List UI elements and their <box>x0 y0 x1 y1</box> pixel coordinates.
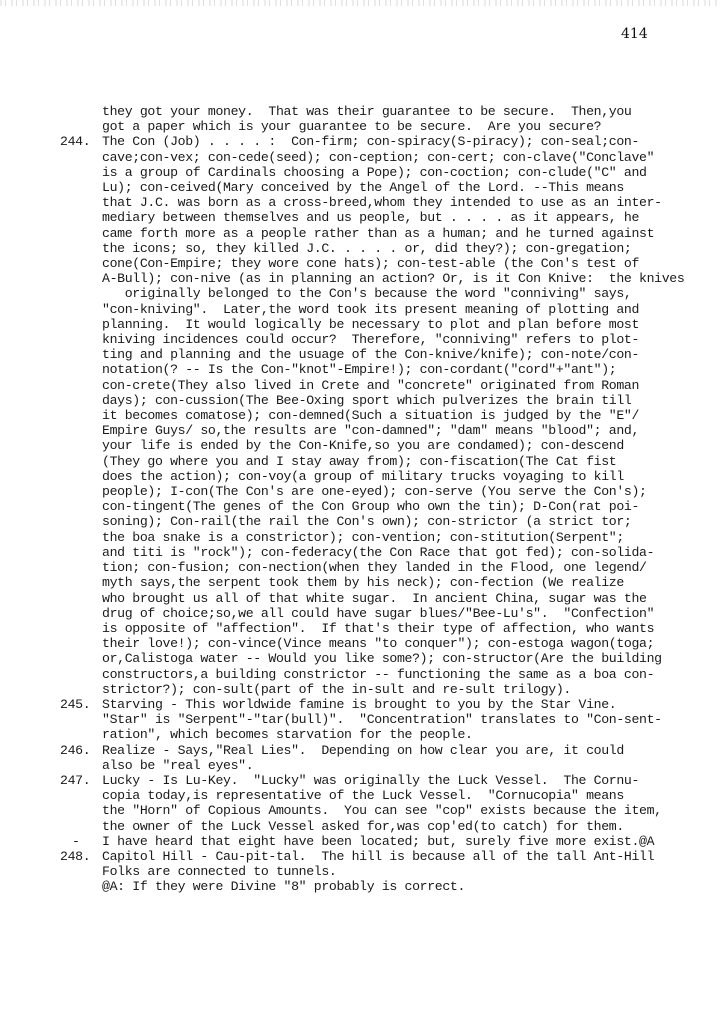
text-line: Lu); con-ceived(Mary conceived by the An… <box>102 180 710 195</box>
entry-number: 244. <box>60 134 102 697</box>
entry-text: Realize - Says,"Real Lies". Depending on… <box>102 743 710 773</box>
page-number: 414 <box>621 26 648 42</box>
text-line: tion; con-fusion; con-nection(when they … <box>102 560 710 575</box>
entry-list: 244.The Con (Job) . . . . : Con-firm; co… <box>60 134 710 894</box>
list-item: -I have heard that eight have been locat… <box>60 834 710 849</box>
text-line: kniving incidences could occur? Therefor… <box>102 332 710 347</box>
text-line: mediary between themselves and us people… <box>102 210 710 225</box>
list-item: 245.Starving - This worldwide famine is … <box>60 697 710 743</box>
text-line: their love!); con-vince(Vince means "to … <box>102 636 710 651</box>
text-line: I have heard that eight have been locate… <box>102 834 710 849</box>
text-line: Starving - This worldwide famine is brou… <box>102 697 710 712</box>
text-line: ting and planning and the usuage of the … <box>102 347 710 362</box>
text-line: people); I-con(The Con's are one-eyed); … <box>102 484 710 499</box>
text-line: cave;con-vex; con-cede(seed); con-ceptio… <box>102 150 710 165</box>
text-line: or,Calistoga water -- Would you like som… <box>102 651 710 666</box>
text-line: strictor?); con-sult(part of the in-sult… <box>102 682 710 697</box>
text-line: the owner of the Luck Vessel asked for,w… <box>102 819 710 834</box>
entry-number: 247. <box>60 773 102 834</box>
entry-text: The Con (Job) . . . . : Con-firm; con-sp… <box>102 134 710 697</box>
list-item: 248.Capitol Hill - Cau-pit-tal. The hill… <box>60 849 710 895</box>
text-line: soning); Con-rail(the rail the Con's own… <box>102 514 710 529</box>
text-line: and titi is "rock"); con-federacy(the Co… <box>102 545 710 560</box>
entry-number: 248. <box>60 849 102 895</box>
list-item: 244.The Con (Job) . . . . : Con-firm; co… <box>60 134 710 697</box>
text-line: myth says,the serpent took them by his n… <box>102 575 710 590</box>
document-body: they got your money. That was their guar… <box>60 104 710 895</box>
text-line: notation(? -- Is the Con-"knot"-Empire!)… <box>102 362 710 377</box>
text-line: the icons; so, they killed J.C. . . . . … <box>102 241 710 256</box>
entry-number: 246. <box>60 743 102 773</box>
text-line: that J.C. was born as a cross-breed,whom… <box>102 195 710 210</box>
text-line: does the action); con-voy(a group of mil… <box>102 469 710 484</box>
text-line: Realize - Says,"Real Lies". Depending on… <box>102 743 710 758</box>
intro-paragraph: they got your money. That was their guar… <box>60 104 710 134</box>
scan-edge-noise <box>0 0 720 6</box>
text-line: Capitol Hill - Cau-pit-tal. The hill is … <box>102 849 710 864</box>
text-line: con-tingent(The genes of the Con Group w… <box>102 499 710 514</box>
entry-text: Capitol Hill - Cau-pit-tal. The hill is … <box>102 849 710 895</box>
text-line: also be "real eyes". <box>102 758 710 773</box>
text-line: it becomes comatose); con-demned(Such a … <box>102 408 710 423</box>
text-line: copia today,is representative of the Luc… <box>102 788 710 803</box>
text-line: A-Bull); con-nive (as in planning an act… <box>102 271 710 286</box>
text-line: constructors,a building constrictor -- f… <box>102 667 710 682</box>
text-line: Lucky - Is Lu-Key. "Lucky" was originall… <box>102 773 710 788</box>
text-line: who brought us all of that white sugar. … <box>102 591 710 606</box>
text-line: "Star" is "Serpent"-"tar(bull)". "Concen… <box>102 712 710 727</box>
text-line: @A: If they were Divine "8" probably is … <box>102 879 710 894</box>
text-line: originally belonged to the Con's because… <box>102 286 710 301</box>
list-item: 247.Lucky - Is Lu-Key. "Lucky" was origi… <box>60 773 710 834</box>
text-line: the boa snake is a constrictor); con-ven… <box>102 530 710 545</box>
text-line: planning. It would logically be necessar… <box>102 317 710 332</box>
text-line: got a paper which is your guarantee to b… <box>102 119 710 134</box>
text-line: is opposite of "affection". If that's th… <box>102 621 710 636</box>
text-line: days); con-cussion(The Bee-Oxing sport w… <box>102 393 710 408</box>
text-line: your life is ended by the Con-Knife,so y… <box>102 438 710 453</box>
text-line: The Con (Job) . . . . : Con-firm; con-sp… <box>102 134 710 149</box>
text-line: ration", which becomes starvation for th… <box>102 727 710 742</box>
entry-text: Starving - This worldwide famine is brou… <box>102 697 710 743</box>
text-line: the "Horn" of Copious Amounts. You can s… <box>102 803 710 818</box>
text-line: con-crete(They also lived in Crete and "… <box>102 378 710 393</box>
entry-text: I have heard that eight have been locate… <box>102 834 710 849</box>
text-line: drug of choice;so,we all could have suga… <box>102 606 710 621</box>
text-line: (They go where you and I stay away from)… <box>102 454 710 469</box>
list-item: 246.Realize - Says,"Real Lies". Dependin… <box>60 743 710 773</box>
text-line: Folks are connected to tunnels. <box>102 864 710 879</box>
text-line: came forth more as a people rather than … <box>102 226 710 241</box>
text-line: "con-kniving". Later,the word took its p… <box>102 302 710 317</box>
text-line: cone(Con-Empire; they wore cone hats); c… <box>102 256 710 271</box>
text-line: Empire Guys/ so,the results are "con-dam… <box>102 423 710 438</box>
text-line: they got your money. That was their guar… <box>102 104 710 119</box>
entry-number: 245. <box>60 697 102 743</box>
text-line: is a group of Cardinals choosing a Pope)… <box>102 165 710 180</box>
entry-text: Lucky - Is Lu-Key. "Lucky" was originall… <box>102 773 710 834</box>
entry-number: - <box>60 834 102 849</box>
